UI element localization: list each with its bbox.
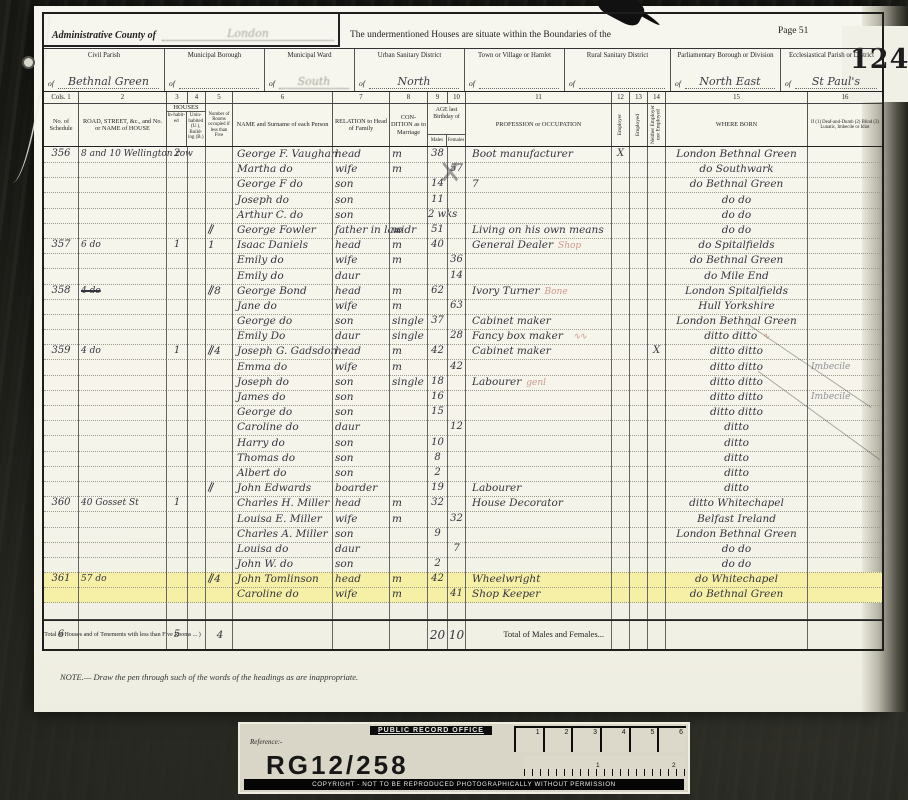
- cell-employed: [629, 344, 647, 360]
- cell-occupation: [465, 436, 611, 452]
- cell-relation: father in law: [332, 223, 389, 239]
- cell-employer: [611, 360, 629, 376]
- cell-employer: [611, 329, 629, 345]
- column-number: 12: [611, 92, 629, 103]
- cell-age-female: 14: [447, 269, 465, 285]
- cell-where-born: Hull Yorkshire: [665, 299, 807, 315]
- cell-relation: wife: [332, 162, 389, 178]
- cell-condition: [389, 451, 427, 467]
- cell-age-female: [447, 238, 465, 254]
- cell-age-female: [447, 557, 465, 573]
- cell-age-male: 42: [427, 344, 447, 360]
- cell-schedule: [44, 193, 78, 209]
- cell-neither: [647, 314, 665, 330]
- cell-condition: m: [389, 299, 427, 315]
- column-number: 7: [332, 92, 389, 103]
- cell-address: 8 and 10 Wellington row: [78, 147, 166, 163]
- cell-neither: X: [647, 344, 665, 360]
- punch-hole: [22, 56, 35, 69]
- cell-relation: daur: [332, 269, 389, 285]
- totals-males-females-label: Total of Males and Females...: [344, 629, 604, 639]
- column-number: Cols. 1: [44, 92, 78, 103]
- cell-schedule: [44, 481, 78, 497]
- header-schedule: No. of Schedule: [44, 104, 78, 146]
- cell-condition: m: [389, 284, 427, 300]
- cell-address: [78, 481, 166, 497]
- cell-infirmity: [807, 481, 882, 497]
- cell-uninhabited: [187, 436, 205, 452]
- cell-uninhabited: [187, 314, 205, 330]
- cell-rooms: 1: [205, 238, 232, 254]
- cell-relation: daur: [332, 542, 389, 558]
- cell-name: George do: [232, 405, 332, 421]
- cell-address: [78, 557, 166, 573]
- cell-employed: [629, 572, 647, 588]
- cell-age-female: 28: [447, 329, 465, 345]
- district-fields-row: Civil ParishofBethnal GreenMunicipal Bor…: [44, 49, 882, 92]
- cell-employed: [629, 269, 647, 285]
- cell-inhabited: [166, 557, 187, 573]
- cell-address: 57 do: [78, 572, 166, 588]
- cell-inhabited: [166, 208, 187, 224]
- cell-infirmity: [807, 375, 882, 391]
- district-field: Civil ParishofBethnal Green: [44, 49, 164, 91]
- cell-address: [78, 299, 166, 315]
- cell-where-born: do Spitalfields: [665, 238, 807, 254]
- cell-age-female: [447, 147, 465, 163]
- cell-employed: [629, 253, 647, 269]
- cell-condition: m: [389, 587, 427, 603]
- cell-occupation: Boot manufacturer: [465, 147, 611, 163]
- cell-condition: [389, 208, 427, 224]
- cell-occupation: [465, 557, 611, 573]
- cell-infirmity: [807, 542, 882, 558]
- cell-age-female: 32: [447, 512, 465, 528]
- cell-schedule: [44, 466, 78, 482]
- cell-rooms: [205, 436, 232, 452]
- table-row: Arthur C. do son 2 wks do do: [44, 208, 882, 223]
- cell-schedule: [44, 162, 78, 178]
- header-females: Females: [446, 135, 465, 146]
- cell-condition: [389, 436, 427, 452]
- cell-schedule: [44, 329, 78, 345]
- cell-address: [78, 162, 166, 178]
- cell-name: Albert do: [232, 466, 332, 482]
- cell-where-born: do do: [665, 542, 807, 558]
- cell-schedule: 359: [44, 344, 78, 360]
- cell-age-female: [447, 527, 465, 543]
- cell-neither: [647, 162, 665, 178]
- cell-employer: [611, 253, 629, 269]
- cell-inhabited: [166, 284, 187, 300]
- total-houses: 5: [166, 621, 187, 649]
- header-inhabited: In-habit-ed: [167, 112, 186, 146]
- cell-condition: single: [389, 314, 427, 330]
- cell-age-female: [447, 390, 465, 406]
- cell-employer: [611, 527, 629, 543]
- cell-address: [78, 405, 166, 421]
- cell-relation: son: [332, 527, 389, 543]
- cell-address: [78, 329, 166, 345]
- cell-uninhabited: [187, 512, 205, 528]
- cell-where-born: ditto: [665, 466, 807, 482]
- cell-address: [78, 420, 166, 436]
- cell-relation: boarder: [332, 481, 389, 497]
- cell-condition: single: [389, 375, 427, 391]
- cell-name: Joseph G. Gadsdon: [232, 344, 332, 360]
- cell-where-born: ditto ditto: [665, 375, 807, 391]
- cell-uninhabited: [187, 572, 205, 588]
- cell-occupation: Ivory TurnerBone: [465, 284, 611, 300]
- cell-schedule: [44, 269, 78, 285]
- cell-employed: [629, 314, 647, 330]
- cell-rooms: [205, 527, 232, 543]
- cell-infirmity: [807, 208, 882, 224]
- cell-occupation: Cabinet maker: [465, 344, 611, 360]
- cell-address: [78, 466, 166, 482]
- cell-employer: [611, 481, 629, 497]
- cell-schedule: [44, 542, 78, 558]
- cell-rooms: [205, 587, 232, 603]
- cell-occupation: [465, 390, 611, 406]
- cell-uninhabited: [187, 147, 205, 163]
- cell-schedule: 357: [44, 238, 78, 254]
- cell-employer: [611, 314, 629, 330]
- cell-infirmity: [807, 436, 882, 452]
- cell-rooms: [205, 299, 232, 315]
- form-note: NOTE.— Draw the pen through such of the …: [60, 672, 358, 682]
- cell-condition: [389, 481, 427, 497]
- cell-relation: head: [332, 496, 389, 512]
- cell-inhabited: 1: [166, 496, 187, 512]
- cell-occupation: Living on his own means: [465, 223, 611, 239]
- cell-rooms: [205, 451, 232, 467]
- cell-inhabited: [166, 375, 187, 391]
- cell-uninhabited: [187, 223, 205, 239]
- cell-schedule: [44, 512, 78, 528]
- cell-inhabited: [166, 253, 187, 269]
- cell-inhabited: [166, 223, 187, 239]
- table-row: George F do son 14 7 do Bethnal Green: [44, 177, 882, 192]
- cell-rooms: [205, 314, 232, 330]
- cell-where-born: do do: [665, 223, 807, 239]
- cell-employer: [611, 299, 629, 315]
- cell-employed: [629, 451, 647, 467]
- cell-uninhabited: [187, 390, 205, 406]
- cell-age-male: [427, 360, 447, 376]
- cell-rooms: ∥8: [205, 284, 232, 300]
- column-number: 16: [807, 92, 882, 103]
- cell-employed: [629, 329, 647, 345]
- cell-occupation: Cabinet maker: [465, 314, 611, 330]
- table-row: ∥ John Edwards boarder 19 Labourer ditto: [44, 481, 882, 496]
- cell-infirmity: [807, 466, 882, 482]
- table-row: John W. do son 2 do do: [44, 557, 882, 572]
- cell-rooms: [205, 208, 232, 224]
- cell-address: 40 Gosset St: [78, 496, 166, 512]
- cell-rooms: [205, 390, 232, 406]
- cell-condition: m: [389, 162, 427, 178]
- table-row: Charles A. Miller son 9 London Bethnal G…: [44, 527, 882, 542]
- column-number: 3: [166, 92, 187, 103]
- cell-infirmity: [807, 512, 882, 528]
- cell-condition: [389, 390, 427, 406]
- cell-name: Jane do: [232, 299, 332, 315]
- cell-age-female: 12: [447, 420, 465, 436]
- cell-infirmity: [807, 329, 882, 345]
- cell-neither: [647, 451, 665, 467]
- cell-rooms: [205, 405, 232, 421]
- table-row: Caroline do daur 12 ditto: [44, 420, 882, 435]
- cell-address: [78, 193, 166, 209]
- cell-employed: [629, 405, 647, 421]
- column-number: 9: [427, 92, 447, 103]
- cell-age-female: 36: [447, 253, 465, 269]
- table-row: Emily Do daur single 28 Fancy box maker∿…: [44, 329, 882, 344]
- header-condition: CON- DITION as to Marriage: [389, 104, 427, 146]
- cell-where-born: do Bethnal Green: [665, 587, 807, 603]
- cell-uninhabited: [187, 360, 205, 376]
- cell-schedule: [44, 451, 78, 467]
- cell-employer: [611, 572, 629, 588]
- cell-relation: daur: [332, 420, 389, 436]
- cell-uninhabited: [187, 420, 205, 436]
- cell-address: [78, 512, 166, 528]
- cell-rooms: ∥: [205, 223, 232, 239]
- cell-where-born: ditto: [665, 481, 807, 497]
- cell-name: Isaac Daniels: [232, 238, 332, 254]
- cell-relation: head: [332, 344, 389, 360]
- table-row: 356 8 and 10 Wellington row 2 George F. …: [44, 147, 882, 162]
- cell-name: Louisa E. Miller: [232, 512, 332, 528]
- cell-occupation: [465, 208, 611, 224]
- cell-rooms: [205, 329, 232, 345]
- cell-rooms: [205, 193, 232, 209]
- district-field: Parliamentary Borough or DivisionofNorth…: [670, 49, 780, 91]
- ruler-cell: 3: [571, 728, 600, 752]
- cell-age-female: 41: [447, 587, 465, 603]
- cell-schedule: [44, 390, 78, 406]
- cell-inhabited: [166, 360, 187, 376]
- cell-inhabited: [166, 451, 187, 467]
- cell-occupation: General DealerShop: [465, 238, 611, 254]
- header-age: AGE last Birthday of: [428, 104, 465, 134]
- cell-relation: son: [332, 557, 389, 573]
- cell-employed: [629, 299, 647, 315]
- header-profession: PROFESSION or OCCUPATION: [465, 104, 611, 146]
- cell-schedule: [44, 527, 78, 543]
- cell-age-male: 42: [427, 572, 447, 588]
- cell-employer: [611, 557, 629, 573]
- cell-schedule: [44, 436, 78, 452]
- cell-name: Emily do: [232, 253, 332, 269]
- cell-condition: m: [389, 238, 427, 254]
- table-row: Martha do wife m 57 do Southwark: [44, 162, 882, 177]
- cell-condition: [389, 193, 427, 209]
- cell-employed: [629, 496, 647, 512]
- cell-relation: head: [332, 572, 389, 588]
- cell-age-male: 14: [427, 177, 447, 193]
- table-row: 360 40 Gosset St 1 Charles H. Miller hea…: [44, 496, 882, 511]
- cell-where-born: ditto: [665, 420, 807, 436]
- cell-name: Caroline do: [232, 587, 332, 603]
- cell-inhabited: [166, 466, 187, 482]
- cell-relation: son: [332, 193, 389, 209]
- cell-age-male: 9: [427, 527, 447, 543]
- cell-rooms: [205, 542, 232, 558]
- cell-where-born: do Bethnal Green: [665, 177, 807, 193]
- table-row: Caroline do wife m 41 Shop Keeper do Bet…: [44, 587, 882, 602]
- column-number: 10: [447, 92, 465, 103]
- cell-age-female: [447, 405, 465, 421]
- cell-infirmity: [807, 269, 882, 285]
- table-row: George do son 15 ditto ditto: [44, 405, 882, 420]
- table-row: Louisa do daur 7 do do: [44, 542, 882, 557]
- cell-inhabited: [166, 193, 187, 209]
- cell-neither: [647, 375, 665, 391]
- pro-reference-label: Reference:-: [250, 738, 282, 746]
- table-row: Jane do wife m 63 Hull Yorkshire: [44, 299, 882, 314]
- cell-where-born: London Bethnal Green: [665, 527, 807, 543]
- column-number: 5: [205, 92, 232, 103]
- cell-employer: [611, 162, 629, 178]
- cell-age-female: [447, 177, 465, 193]
- cell-name: Arthur C. do: [232, 208, 332, 224]
- cell-occupation: 7: [465, 177, 611, 193]
- cell-relation: son: [332, 314, 389, 330]
- cell-neither: [647, 557, 665, 573]
- cell-neither: [647, 466, 665, 482]
- cell-occupation: Shop Keeper: [465, 587, 611, 603]
- header-males: Males: [428, 135, 446, 146]
- cell-occupation: [465, 299, 611, 315]
- cell-employed: [629, 481, 647, 497]
- copyright-notice: COPYRIGHT - NOT TO BE REPRODUCED PHOTOGR…: [244, 779, 684, 790]
- cell-name: George Fowler: [232, 223, 332, 239]
- cell-condition: widr: [389, 223, 427, 239]
- cell-occupation: Wheelwright: [465, 572, 611, 588]
- scale-ruler: 123456: [514, 726, 686, 752]
- cell-condition: m: [389, 572, 427, 588]
- cell-infirmity: [807, 572, 882, 588]
- cell-uninhabited: [187, 481, 205, 497]
- empty-row: [44, 603, 882, 620]
- cell-age-male: [427, 329, 447, 345]
- cell-occupation: [465, 193, 611, 209]
- cell-neither: [647, 253, 665, 269]
- cell-age-female: [447, 208, 465, 224]
- cell-employed: [629, 223, 647, 239]
- cell-where-born: ditto ditto: [665, 360, 807, 376]
- cell-address: [78, 390, 166, 406]
- cell-age-male: 18: [427, 375, 447, 391]
- cell-uninhabited: [187, 284, 205, 300]
- cell-schedule: [44, 420, 78, 436]
- cell-rooms: [205, 557, 232, 573]
- cell-age-male: 2 wks: [427, 208, 447, 224]
- cell-relation: son: [332, 208, 389, 224]
- cell-infirmity: [807, 587, 882, 603]
- cell-age-female: [447, 496, 465, 512]
- cell-neither: [647, 360, 665, 376]
- header-name-surname: NAME and Surname of each Person: [232, 104, 332, 146]
- cell-employer: [611, 587, 629, 603]
- column-numbers-row: Cols. 12345678910111213141516: [44, 92, 882, 104]
- cell-employer: [611, 451, 629, 467]
- cell-inhabited: [166, 436, 187, 452]
- cell-infirmity: [807, 557, 882, 573]
- cell-schedule: 360: [44, 496, 78, 512]
- cell-uninhabited: [187, 405, 205, 421]
- cell-address: [78, 223, 166, 239]
- cell-age-female: [447, 436, 465, 452]
- cell-schedule: [44, 177, 78, 193]
- cell-address: [78, 314, 166, 330]
- cell-employed: [629, 557, 647, 573]
- cell-employer: X: [611, 147, 629, 163]
- cell-relation: son: [332, 466, 389, 482]
- admin-county-box: Administrative County of London: [44, 14, 340, 47]
- cell-address: [78, 587, 166, 603]
- cell-where-born: ditto ditto: [665, 405, 807, 421]
- cell-where-born: do Southwark: [665, 162, 807, 178]
- cell-name: John Edwards: [232, 481, 332, 497]
- cell-where-born: ditto ditto∿: [665, 329, 807, 345]
- cell-inhabited: [166, 420, 187, 436]
- column-number: 13: [629, 92, 647, 103]
- cell-where-born: Belfast Ireland: [665, 512, 807, 528]
- cell-rooms: [205, 375, 232, 391]
- cell-infirmity: Imbecile: [807, 360, 882, 376]
- cell-employed: [629, 147, 647, 163]
- cell-neither: [647, 390, 665, 406]
- cell-rooms: [205, 147, 232, 163]
- cell-age-male: [427, 299, 447, 315]
- tick-ruler: 1 2: [524, 756, 686, 776]
- cell-where-born: ditto ditto: [665, 390, 807, 406]
- column-number: 6: [232, 92, 332, 103]
- district-field: Rural Sanitary Districtof: [564, 49, 670, 91]
- cell-age-female: [447, 223, 465, 239]
- pro-reference-number: RG12/258: [266, 750, 409, 781]
- ruler-cell: 1: [514, 728, 543, 752]
- cell-employed: [629, 193, 647, 209]
- column-number: 14: [647, 92, 665, 103]
- cell-age-male: [427, 253, 447, 269]
- cell-neither: [647, 572, 665, 588]
- cell-employed: [629, 375, 647, 391]
- cell-name: George F do: [232, 177, 332, 193]
- cell-age-female: 57: [447, 162, 465, 178]
- cell-occupation: [465, 527, 611, 543]
- cell-employed: [629, 466, 647, 482]
- header-rooms: Number of Rooms occupied if less than Fi…: [205, 104, 232, 146]
- cell-rooms: [205, 496, 232, 512]
- cell-age-male: 38: [427, 147, 447, 163]
- cell-neither: [647, 208, 665, 224]
- ruler-cell: 2: [543, 728, 572, 752]
- cell-where-born: do do: [665, 208, 807, 224]
- column-headers-row: No. of Schedule ROAD, STREET, &c., and N…: [44, 104, 882, 147]
- form-header-band: Administrative County of London The unde…: [44, 14, 882, 49]
- cell-infirmity: [807, 147, 882, 163]
- cell-schedule: [44, 253, 78, 269]
- cell-neither: [647, 284, 665, 300]
- cell-age-female: 63: [447, 299, 465, 315]
- cell-condition: [389, 527, 427, 543]
- cell-rooms: ∥4: [205, 572, 232, 588]
- cell-uninhabited: [187, 375, 205, 391]
